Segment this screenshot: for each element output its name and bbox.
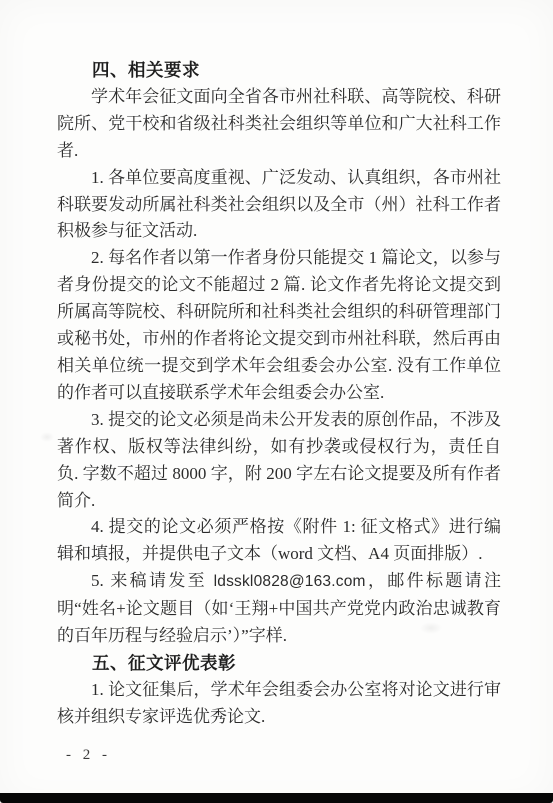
paragraph-intro: 学术年会征文面向全省各市州社科联、高等院校、科研院所、党干校和省级社科类社会组织… [57,84,501,165]
paragraph-item-4: 4. 提交的论文必须严格按《附件 1: 征文格式》进行编辑和填报，并提供电子文本… [57,514,501,568]
item-5-prefix: 5. 来稿请发至 [91,571,214,590]
page-number: - 2 - [66,747,111,764]
document-body: 四、相关要求 学术年会征文面向全省各市州社科联、高等院校、科研院所、党干校和省级… [57,57,501,731]
paragraph-item-2: 2. 每名作者以第一作者身份只能提交 1 篇论文，以参与者身份提交的论文不能超过… [57,245,501,406]
paragraph-item-5: 5. 来稿请发至 ldsskl0828@163.com，邮件标题请注明“姓名+论… [57,568,501,650]
submission-email: ldsskl0828@163.com [214,573,366,590]
scan-artifact [40,432,54,442]
scan-edge-bottom-bar [0,793,553,803]
section-heading-awards: 五、征文评优表彰 [57,650,501,677]
scanned-document-page: 四、相关要求 学术年会征文面向全省各市州社科联、高等院校、科研院所、党干校和省级… [0,0,553,803]
section-heading-requirements: 四、相关要求 [57,57,501,84]
paragraph-item-1: 1. 各单位要高度重视、广泛发动、认真组织，各市州社科联要发动所属社科类社会组织… [57,165,501,246]
paragraph-awards-item-1: 1. 论文征集后，学术年会组委会办公室将对论文进行审核并组织专家评选优秀论文. [57,677,501,731]
paragraph-item-3: 3. 提交的论文必须是尚未公开发表的原创作品，不涉及著作权、版权等法律纠纷，如有… [57,407,501,515]
